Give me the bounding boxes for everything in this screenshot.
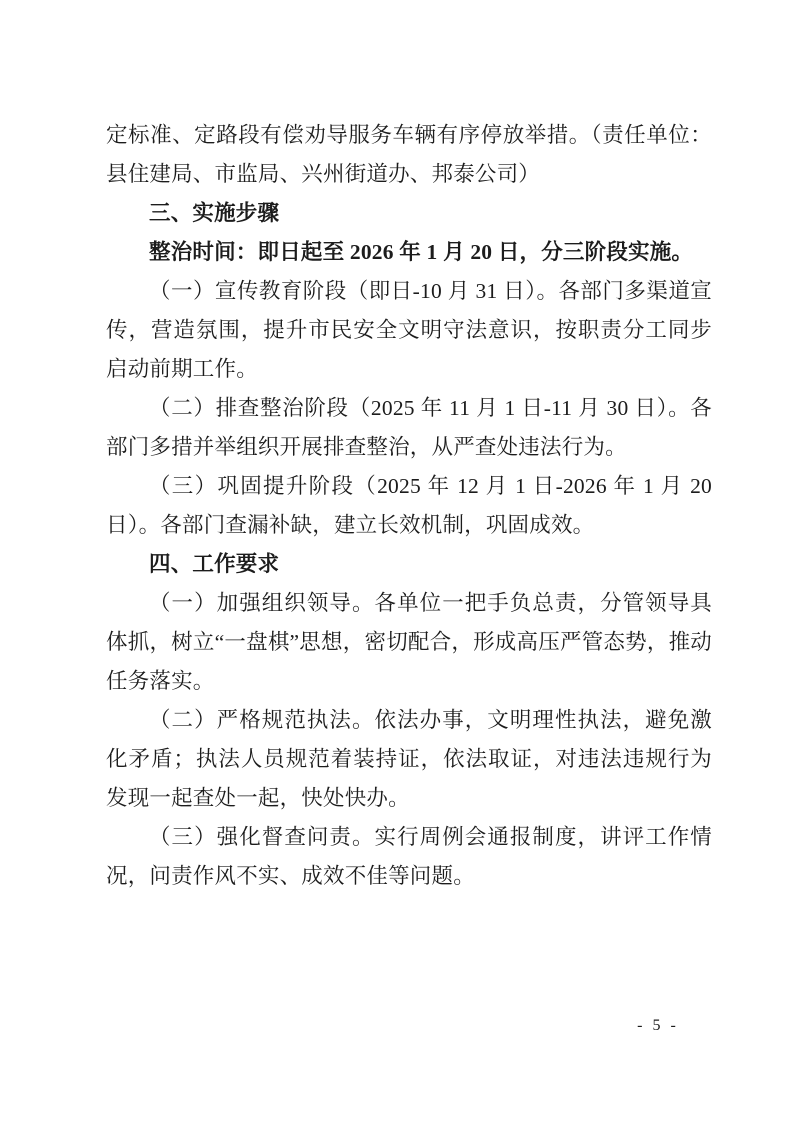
paragraph: 定标准、定路段有偿劝导服务车辆有序停放举措。（责任单位：县住建局、市监局、兴州街… (106, 116, 712, 194)
paragraph: （三）强化督查问责。实行周例会通报制度，讲评工作情况，问责作风不实、成效不佳等问… (106, 818, 712, 896)
document-body: 定标准、定路段有偿劝导服务车辆有序停放举措。（责任单位：县住建局、市监局、兴州街… (106, 116, 712, 896)
paragraph: 整治时间：即日起至 2026 年 1 月 20 日，分三阶段实施。 (106, 233, 712, 272)
paragraph: （一）宣传教育阶段（即日-10 月 31 日）。各部门多渠道宣传，营造氛围，提升… (106, 272, 712, 389)
paragraph-lead: 整治时间： (149, 240, 258, 264)
paragraph: （一）加强组织领导。各单位一把手负总责，分管领导具体抓，树立“一盘棋”思想，密切… (106, 584, 712, 701)
paragraph: （二）严格规范执法。依法办事，文明理性执法，避免激化矛盾；执法人员规范着装持证，… (106, 701, 712, 818)
section-heading: 四、工作要求 (106, 545, 712, 584)
section-heading: 三、实施步骤 (106, 194, 712, 233)
document-page: 定标准、定路段有偿劝导服务车辆有序停放举措。（责任单位：县住建局、市监局、兴州街… (0, 0, 793, 1122)
paragraph: （二）排查整治阶段（2025 年 11 月 1 日-11 月 30 日）。各部门… (106, 389, 712, 467)
paragraph: （三）巩固提升阶段（2025 年 12 月 1 日-2026 年 1 月 20 … (106, 467, 712, 545)
page-number: - 5 - (598, 1014, 718, 1038)
